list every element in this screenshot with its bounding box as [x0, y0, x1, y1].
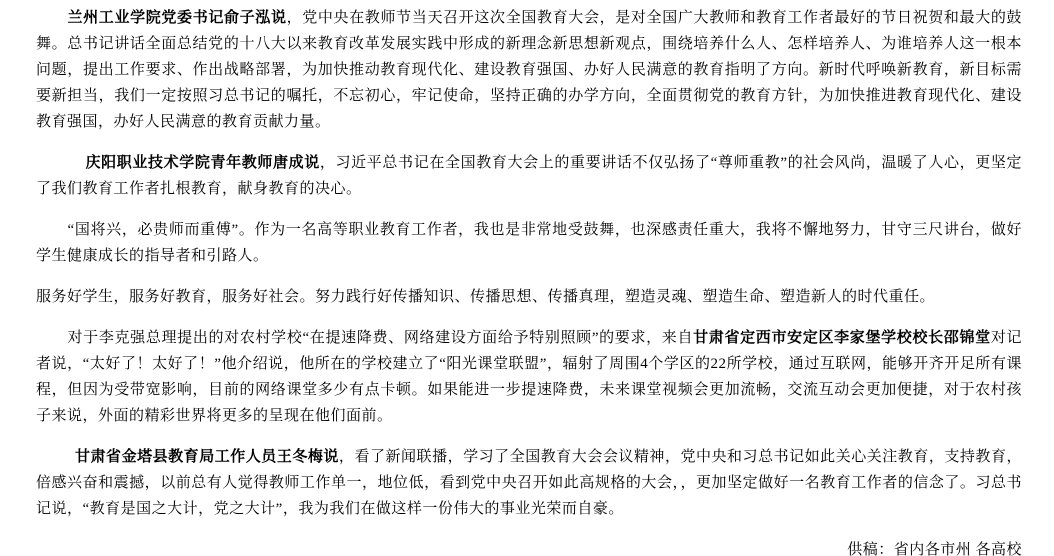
- paragraph-service: 服务好学生，服务好教育，服务好社会。努力践行好传播知识、传播思想、传播真理，塑造…: [36, 284, 1022, 310]
- paragraph-text: 对于李克强总理提出的对农村学校“在提速降费、网络建设方面给予特别照顾”的要求，来…: [68, 330, 694, 346]
- paragraph-dingxi: 对于李克强总理提出的对农村学校“在提速降费、网络建设方面给予特别照顾”的要求，来…: [36, 325, 1022, 429]
- paragraph-qingyang: 庆阳职业技术学院青年教师唐成说，习近平总书记在全国教育大会上的重要讲话不仅弘扬了…: [36, 150, 1022, 202]
- paragraph-jinta: 甘肃省金塔县教育局工作人员王冬梅说，看了新闻联播，学习了全国教育大会会议精神，党…: [36, 444, 1022, 522]
- paragraph-quote: “国将兴，必贵师而重傅”。作为一名高等职业教育工作者，我也是非常地受鼓舞，也深感…: [36, 217, 1022, 269]
- speaker-name-tangcheng: 庆阳职业技术学院青年教师唐成说: [86, 155, 320, 171]
- document-page: 兰州工业学院党委书记俞子泓说，党中央在教师节当天召开这次全国教育大会，是对全国广…: [0, 0, 1054, 556]
- speaker-name-yuzihong: 兰州工业学院党委书记俞子泓说: [68, 10, 287, 26]
- paragraph-lanzhou: 兰州工业学院党委书记俞子泓说，党中央在教师节当天召开这次全国教育大会，是对全国广…: [36, 5, 1022, 135]
- speaker-name-wangdongmei: 甘肃省金塔县教育局工作人员王冬梅说: [75, 449, 339, 465]
- attribution-line: 供稿：省内各市州 各高校: [36, 537, 1022, 556]
- paragraph-text: “国将兴，必贵师而重傅”。作为一名高等职业教育工作者，我也是非常地受鼓舞，也深感…: [36, 222, 1022, 264]
- paragraph-text: 服务好学生，服务好教育，服务好社会。努力践行好传播知识、传播思想、传播真理，塑造…: [36, 289, 935, 305]
- speaker-name-shaojintang: 甘肃省定西市安定区李家堡学校校长邵锦堂: [693, 330, 991, 346]
- paragraph-text: ，党中央在教师节当天召开这次全国教育大会，是对全国广大教师和教育工作者最好的节日…: [36, 10, 1022, 130]
